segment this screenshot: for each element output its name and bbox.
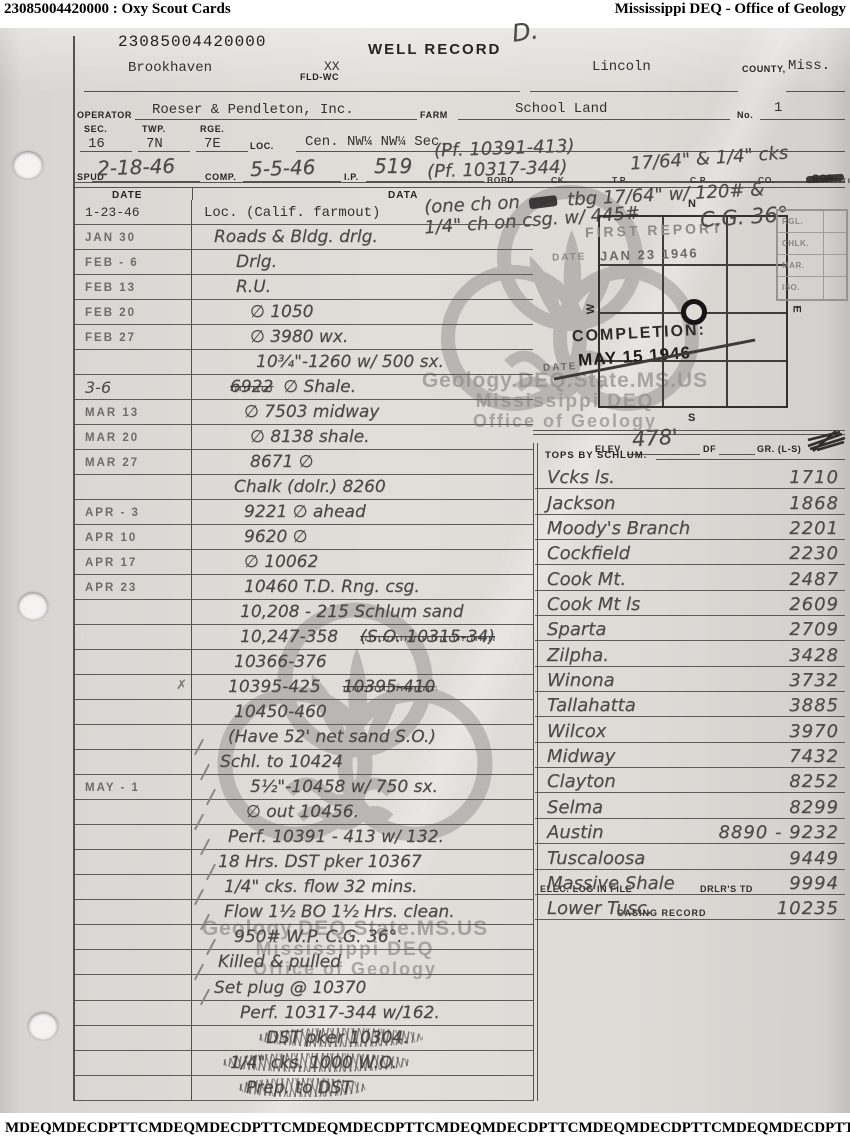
formation-name: Lower Tusc. xyxy=(547,898,653,919)
log-entry: ∅ 3980 wx. xyxy=(192,325,533,349)
log-row: 10,247-358(S.O. 10315-34) xyxy=(75,625,533,650)
log-date: JAN 30 xyxy=(75,225,192,249)
operator-name: Roeser & Pendleton, Inc. xyxy=(152,102,354,118)
log-entry: ∅ 7503 midway xyxy=(192,400,533,424)
formation-name: Cook Mt ls xyxy=(547,594,640,615)
log-date: FEB 20 xyxy=(75,300,192,324)
formation-top-row: Sparta2709 xyxy=(535,616,845,641)
log-date: APR 23 xyxy=(75,575,192,599)
formation-depth: 8252 xyxy=(789,771,839,792)
scanned-well-record-page: 23085004420000 : Oxy Scout Cards Mississ… xyxy=(0,0,850,1143)
viewer-header: 23085004420000 : Oxy Scout Cards Mississ… xyxy=(0,0,850,28)
formation-top-row: Austin8890 - 9232 xyxy=(535,819,845,844)
formation-top-row: Wilcox3970 xyxy=(535,717,845,742)
compass-w-label: W xyxy=(585,304,597,314)
log-entry: Loc. (Calif. farmout) xyxy=(192,200,533,224)
sec-label: SEC. xyxy=(84,124,107,134)
footer-word: PTTC xyxy=(538,1120,578,1137)
log-entry: Schl. to 10424 xyxy=(192,750,533,774)
log-entry: Chalk (dolr.) 8260 xyxy=(192,475,533,499)
farm-label: FARM xyxy=(420,110,448,120)
formation-depth: 1868 xyxy=(789,493,839,514)
formation-name: Austin xyxy=(547,822,604,843)
log-date: 1-23-46 xyxy=(75,200,192,224)
formation-name: Zilpha. xyxy=(547,645,609,666)
log-row: Chalk (dolr.) 8260 xyxy=(75,475,533,500)
formation-name: Wilcox xyxy=(547,721,606,742)
log-row: 10,208 - 215 Schlum sand xyxy=(75,600,533,625)
compass-n-label: N xyxy=(688,198,696,210)
log-row: APR 17∅ 10062 xyxy=(75,550,533,575)
log-date xyxy=(75,600,192,624)
elevation-value: 478' xyxy=(631,424,678,451)
ip-label: I.P. xyxy=(344,172,359,182)
log-entry: 8671 ∅ xyxy=(192,450,533,474)
log-date: MAR 20 xyxy=(75,425,192,449)
log-entry: ∅ 1050 xyxy=(192,300,533,324)
log-entry: ∅ 10062 xyxy=(192,550,533,574)
log-entry: Perf. 10391 - 413 w/ 132. xyxy=(192,825,533,849)
formation-top-row: Tallahatta3885 xyxy=(535,692,845,717)
footer-word: MDECD xyxy=(338,1120,395,1137)
struck-text: 10395-410 xyxy=(343,677,436,697)
log-row: JAN 30Roads & Bldg. drlg. xyxy=(75,225,533,250)
rule xyxy=(656,459,845,460)
first-report-date-label: DATE xyxy=(552,251,587,263)
rule xyxy=(84,91,520,92)
log-entry: Prep. to DST xyxy=(192,1076,533,1100)
footer-word: MDEQ xyxy=(292,1120,339,1137)
log-row: Prep. to DST xyxy=(75,1076,533,1101)
log-date: ✗ xyxy=(75,675,192,699)
ip-value: 519 xyxy=(374,154,412,178)
formation-top-row: Cook Mt.2487 xyxy=(535,565,845,590)
formation-depth: 7432 xyxy=(789,746,839,767)
log-row: APR 2310460 T.D. Rng. csg. xyxy=(75,575,533,600)
log-entry: 10,247-358(S.O. 10315-34) xyxy=(192,625,533,649)
formation-top-row: Selma8299 xyxy=(535,793,845,818)
well-no: 1 xyxy=(774,100,782,116)
formation-depth: 3428 xyxy=(789,645,839,666)
stamp-row-label: MAR. xyxy=(778,255,824,276)
log-entry: 10395-42510395-410 xyxy=(192,675,533,699)
footer-word: PTTC xyxy=(252,1120,292,1137)
log-entry: 1/4" cks. flow 32 mins. xyxy=(192,875,533,899)
operator-label: OPERATOR xyxy=(77,110,132,120)
log-row: MAR 278671 ∅ xyxy=(75,450,533,475)
rge-label: RGE. xyxy=(200,124,224,134)
formation-name: Midway xyxy=(547,746,615,767)
rule xyxy=(533,434,845,435)
log-row: MAR 13∅ 7503 midway xyxy=(75,400,533,425)
log-entry: 10460 T.D. Rng. csg. xyxy=(192,575,533,599)
rule xyxy=(196,151,248,152)
stamp-row: CHLK. xyxy=(778,233,846,255)
formation-name: Jackson xyxy=(547,493,615,514)
footer-word: MDEQ xyxy=(435,1120,482,1137)
log-row: 10¾"-1260 w/ 500 sx. xyxy=(75,350,533,375)
log-date: MAR 13 xyxy=(75,400,192,424)
log-date xyxy=(75,800,192,824)
log-entry: ∅ 8138 shale. xyxy=(192,425,533,449)
formation-depth: 9994 xyxy=(789,873,839,894)
log-date: FEB 13 xyxy=(75,275,192,299)
formation-depth: 2487 xyxy=(789,569,839,590)
header-right-title: Mississippi DEQ - Office of Geology xyxy=(615,1,846,18)
log-date: APR 17 xyxy=(75,550,192,574)
twp-value: 7N xyxy=(146,136,163,152)
footer-word: MDECD xyxy=(195,1120,252,1137)
log-entry: 10,208 - 215 Schlum sand xyxy=(192,600,533,624)
log-row: 1/4" cks. 1000 W.O. xyxy=(75,1051,533,1076)
log-entry: 9620 ∅ xyxy=(192,525,533,549)
hole-punch xyxy=(13,151,43,179)
formation-top-row: Cook Mt ls2609 xyxy=(535,591,845,616)
log-row: FEB 13R.U. xyxy=(75,275,533,300)
loc-label: LOC. xyxy=(250,141,274,151)
log-date: FEB - 6 xyxy=(75,250,192,274)
formation-top-row: Winona3732 xyxy=(535,667,845,692)
log-row: MAR 20∅ 8138 shale. xyxy=(75,425,533,450)
log-entry: 10¾"-1260 w/ 500 sx. xyxy=(192,350,533,374)
pencil-scribble xyxy=(806,428,848,454)
log-date xyxy=(75,850,192,874)
log-entry: 1/4" cks. 1000 W.O. xyxy=(192,1051,533,1075)
rule xyxy=(719,454,755,455)
log-date: 3-6 xyxy=(75,375,192,399)
formation-depth: 3885 xyxy=(789,695,839,716)
log-row: FEB 27∅ 3980 wx. xyxy=(75,325,533,350)
log-row: FEB 20∅ 1050 xyxy=(75,300,533,325)
log-row: Perf. 10391 - 413 w/ 132. xyxy=(75,825,533,850)
log-entry: Killed & pulled xyxy=(192,950,533,974)
plat-gridline xyxy=(600,264,786,266)
rule xyxy=(530,91,738,92)
rule xyxy=(786,91,845,92)
formation-top-row: Vcks ls.1710 xyxy=(535,464,845,489)
formation-name: Cockfield xyxy=(547,543,630,564)
stamp-row-label: ISO. xyxy=(778,277,824,299)
log-entry: 950# W.P. C.G. 36°. xyxy=(192,925,533,949)
footer-word: MDEQ xyxy=(578,1120,625,1137)
stamp-row-label: CHLK. xyxy=(778,233,824,254)
formation-top-row: Clayton8252 xyxy=(535,768,845,793)
log-entry: 6922∅ Shale. xyxy=(192,375,533,399)
log-row: ✗10395-42510395-410 xyxy=(75,675,533,700)
formation-name: Vcks ls. xyxy=(547,467,615,488)
log-entry: Roads & Bldg. drlg. xyxy=(192,225,533,249)
footer-word: MDECD xyxy=(482,1120,539,1137)
county-label: COUNTY, xyxy=(742,64,786,74)
stamp-row-label: RGL. xyxy=(778,211,824,232)
column-divider xyxy=(192,187,193,200)
formation-depth: 10235 xyxy=(777,898,839,919)
rge-value: 7E xyxy=(204,136,221,152)
tops-header: TOPS BY SCHLUM. xyxy=(545,450,647,461)
formation-top-row: Midway7432 xyxy=(535,743,845,768)
log-date xyxy=(75,875,192,899)
formation-depth: 1710 xyxy=(789,467,839,488)
log-entry: 10450-460 xyxy=(192,700,533,724)
log-entry: DST pker 10304. xyxy=(192,1026,533,1050)
log-row: Schl. to 10424 xyxy=(75,750,533,775)
log-entry: 18 Hrs. DST pker 10367 xyxy=(192,850,533,874)
log-row: 3-66922∅ Shale. xyxy=(75,375,533,400)
log-row: 18 Hrs. DST pker 10367 xyxy=(75,850,533,875)
formation-name: Winona xyxy=(547,670,615,691)
tp-label: T.P. xyxy=(612,175,628,185)
footer-word: PTTC xyxy=(825,1120,850,1137)
log-entry: Perf. 10317-344 w/162. xyxy=(192,1001,533,1025)
struck-text: 6922 xyxy=(230,377,273,397)
formation-depth: 8890 - 9232 xyxy=(718,822,839,843)
formation-top-row: Massive Shale9994 xyxy=(535,870,845,895)
formation-top-row: Tuscaloosa9449 xyxy=(535,844,845,869)
log-row: ∅ out 10456. xyxy=(75,800,533,825)
formation-depth: 2230 xyxy=(789,543,839,564)
log-date xyxy=(75,725,192,749)
formation-top-row: Lower Tusc.10235 xyxy=(535,895,845,920)
state-name: Miss. xyxy=(788,58,830,74)
log-date: MAR 27 xyxy=(75,450,192,474)
log-row: Set plug @ 10370 xyxy=(75,975,533,1000)
scribble-mark xyxy=(529,194,558,208)
formation-name: Clayton xyxy=(547,771,616,792)
comp-date: 5-5-46 xyxy=(250,155,316,181)
log-entry: 9221 ∅ ahead xyxy=(192,500,533,524)
formation-depth: 2201 xyxy=(789,518,839,539)
log-date xyxy=(75,625,192,649)
log-row: DST pker 10304. xyxy=(75,1026,533,1051)
log-entry: Set plug @ 10370 xyxy=(192,975,533,999)
tops-column-divider xyxy=(533,443,534,1101)
log-date xyxy=(75,650,192,674)
formation-top-row: Moody's Branch2201 xyxy=(535,515,845,540)
log-date xyxy=(75,1076,192,1100)
well-no-label: No. xyxy=(737,110,753,120)
rule xyxy=(760,119,845,120)
footer-word: MDECD xyxy=(52,1120,109,1137)
formation-depth: 3732 xyxy=(789,670,839,691)
compass-s-label: S xyxy=(688,412,695,424)
log-date xyxy=(75,350,192,374)
log-entry: 5½"-10458 w/ 750 sx. xyxy=(192,775,533,799)
log-date xyxy=(75,1026,192,1050)
formation-depth: 3970 xyxy=(789,721,839,742)
formation-name: Moody's Branch xyxy=(547,518,690,539)
rule xyxy=(366,181,484,182)
formation-name: Massive Shale xyxy=(547,873,675,894)
log-date xyxy=(75,900,192,924)
field-x-mark: XX xyxy=(324,59,340,74)
formation-depth: 2709 xyxy=(789,619,839,640)
gr-label: GR. (L-S) xyxy=(757,444,801,454)
spud-date: 2-18-46 xyxy=(97,154,176,181)
sec-value: 16 xyxy=(88,136,105,152)
formation-top-row: Cockfield2230 xyxy=(535,540,845,565)
df-label: DF xyxy=(703,444,716,454)
hole-punch xyxy=(18,592,48,620)
log-row: APR 109620 ∅ xyxy=(75,525,533,550)
pencil-x-mark: ✗ xyxy=(176,678,187,693)
stamp-row: RGL. xyxy=(778,211,846,233)
rule xyxy=(135,119,417,120)
log-row: MAY - 15½"-10458 w/ 750 sx. xyxy=(75,775,533,800)
log-row: 10366-376 xyxy=(75,650,533,675)
struck-text: (S.O. 10315-34) xyxy=(360,627,495,647)
rule xyxy=(138,151,190,152)
log-date xyxy=(75,700,192,724)
rule xyxy=(92,181,200,182)
rule xyxy=(533,430,845,431)
footer-word: MDEQ xyxy=(722,1120,769,1137)
log-row: 1/4" cks. flow 32 mins. xyxy=(75,875,533,900)
log-rows: 1-23-46Loc. (Calif. farmout)JAN 30Roads … xyxy=(75,200,533,1101)
log-date xyxy=(75,750,192,774)
footer-word: PTTC xyxy=(108,1120,148,1137)
log-entry: 10366-376 xyxy=(192,650,533,674)
log-row: 10450-460 xyxy=(75,700,533,725)
county-name: Lincoln xyxy=(592,59,651,75)
log-row: 950# W.P. C.G. 36°. xyxy=(75,925,533,950)
handwritten-d-note: D. xyxy=(510,16,540,47)
log-date: APR - 3 xyxy=(75,500,192,524)
formation-name: Selma xyxy=(547,797,603,818)
log-row: (Have 52' net sand S.O.) xyxy=(75,725,533,750)
log-entry: (Have 52' net sand S.O.) xyxy=(192,725,533,749)
tops-rows: Vcks ls.1710Jackson1868Moody's Branch220… xyxy=(535,464,845,920)
log-date xyxy=(75,1051,192,1075)
rule xyxy=(243,181,341,182)
header-left-title: 23085004420000 : Oxy Scout Cards xyxy=(4,1,231,18)
api-number: 23085004420000 xyxy=(118,33,266,51)
footer-word: MDEQ xyxy=(148,1120,195,1137)
log-row: FEB - 6Drlg. xyxy=(75,250,533,275)
log-entry: Drlg. xyxy=(192,250,533,274)
log-entry: ∅ out 10456. xyxy=(192,800,533,824)
stamp-row: ISO. xyxy=(778,277,846,299)
hole-punch xyxy=(28,1012,58,1040)
comp-label: COMP. xyxy=(205,172,236,182)
log-row: Perf. 10317-344 w/162. xyxy=(75,1001,533,1026)
formation-depth: 8299 xyxy=(789,797,839,818)
log-date: FEB 27 xyxy=(75,325,192,349)
footer-word: MDEQ xyxy=(5,1120,52,1137)
rule xyxy=(80,151,132,152)
compass-e-label: E xyxy=(791,305,803,312)
formation-name: Tuscaloosa xyxy=(547,848,645,869)
loc-value: Cen. NW¼ NW¼ Sec. xyxy=(305,134,448,150)
log-date xyxy=(75,475,192,499)
formation-name: Cook Mt. xyxy=(547,569,626,590)
footer-word: MDECD xyxy=(625,1120,682,1137)
log-row: Flow 1½ BO 1½ Hrs. clean. xyxy=(75,900,533,925)
log-date: APR 10 xyxy=(75,525,192,549)
log-date xyxy=(75,925,192,949)
formation-top-row: Zilpha.3428 xyxy=(535,641,845,666)
log-date: MAY - 1 xyxy=(75,775,192,799)
formation-depth: 9449 xyxy=(789,848,839,869)
twp-label: TWP. xyxy=(142,124,166,134)
log-row: 1-23-46Loc. (Calif. farmout) xyxy=(75,200,533,225)
footer-word: MDECD xyxy=(768,1120,825,1137)
log-date xyxy=(75,1001,192,1025)
footer-word: PTTC xyxy=(682,1120,722,1137)
formation-depth: 2609 xyxy=(789,594,839,615)
log-entry: Flow 1½ BO 1½ Hrs. clean. xyxy=(192,900,533,924)
stamp-row: MAR. xyxy=(778,255,846,277)
farm-name: School Land xyxy=(515,101,607,117)
log-date xyxy=(75,825,192,849)
formation-top-row: Jackson1868 xyxy=(535,489,845,514)
routing-stamp-box: RGL. CHLK. MAR. ISO. xyxy=(776,209,848,301)
field-name: Brookhaven xyxy=(128,60,212,76)
section-plat xyxy=(598,215,788,408)
footer-bar: MDEQMDECDPTTCMDEQMDECDPTTCMDEQMDECDPTTCM… xyxy=(0,1113,850,1143)
rule xyxy=(458,119,730,120)
formation-name: Sparta xyxy=(547,619,606,640)
log-date xyxy=(75,950,192,974)
formation-name: Tallahatta xyxy=(547,695,636,716)
form-title: WELL RECORD xyxy=(368,41,501,58)
log-date xyxy=(75,975,192,999)
completion-date-label: DATE xyxy=(543,361,578,374)
log-entry: R.U. xyxy=(192,275,533,299)
log-row: APR - 39221 ∅ ahead xyxy=(75,500,533,525)
log-row: Killed & pulled xyxy=(75,950,533,975)
footer-word: PTTC xyxy=(395,1120,435,1137)
